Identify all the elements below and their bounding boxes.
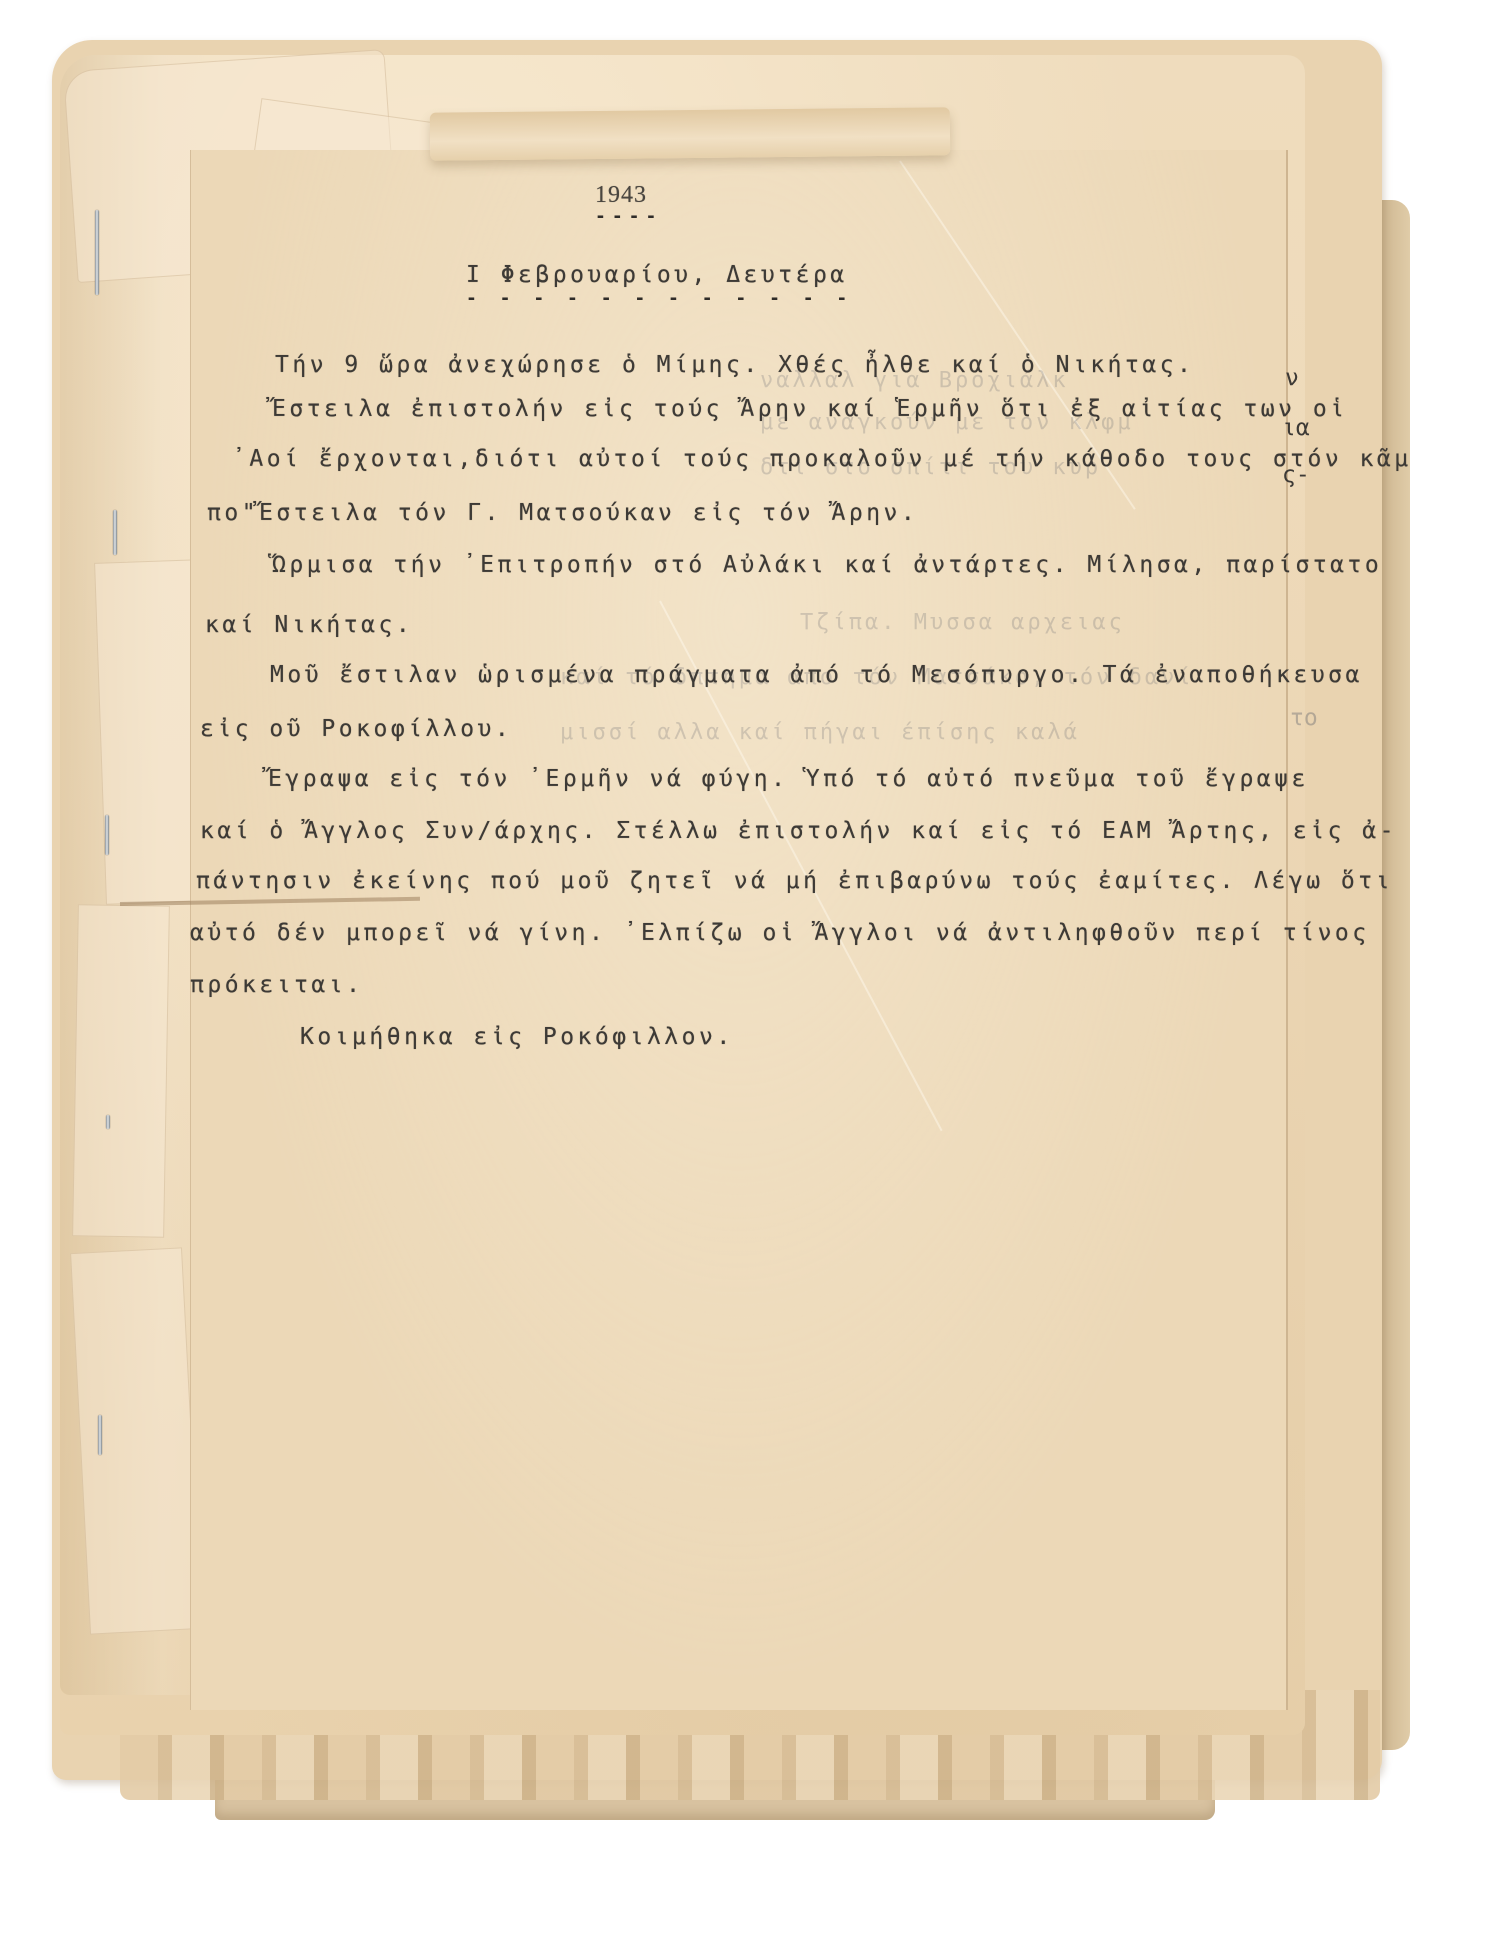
text-line: Μοῦ ἔστιλαν ὡρισμένα πράγματα ἀπό τό Μεσ…: [270, 662, 1363, 688]
text-line: ᾿Αοί ἔρχονται,διότι αὐτοί τούς προκαλοῦν…: [232, 446, 1412, 472]
text-line: καί ὁ Ἄγγλος Συν/άρχης. Στέλλω ἐπιστολήν…: [200, 818, 1397, 844]
text-line: πάντησιν ἐκείνης πού μοῦ ζητεῖ νά μή ἐπι…: [196, 868, 1393, 894]
text-line: Ἔστειλα ἐπιστολήν εἰς τούς Ἄρην καί Ἑρμῆ…: [272, 396, 1348, 422]
text-line: εἰς οῦ Ροκοφίλλου.: [200, 716, 512, 742]
margin-fragment: ια: [1282, 415, 1310, 441]
date-underline: - - - - - - - - - - - -: [466, 288, 853, 309]
text-line: αὐτό δέν μπορεῖ νά γίνη. ᾿Ελπίζω οἱ Ἄγγλ…: [190, 920, 1370, 946]
text-line: καί Νικήτας.: [205, 612, 413, 638]
date-heading: Ι Φεβρουαρίου, Δευτέρα: [466, 262, 848, 288]
staple: [105, 815, 109, 855]
text-line: Κοιμήθηκα εἰς Ροκόφιλλον.: [300, 1024, 734, 1050]
text-line: πο"Ἔστειλα τόν Γ. Ματσούκαν εἰς τόν Ἄρην…: [207, 500, 918, 526]
year-underline: ----: [595, 206, 662, 227]
bleed-through-text: μισσί αλλα καί πήγαι έπίσης καλά: [560, 720, 1080, 745]
text-line: πρόκειται.: [190, 972, 363, 998]
text-line: Τήν 9 ὥρα ἀνεχώρησε ὁ Μίμης. Χθές ἦλθε κ…: [275, 352, 1194, 378]
text-line: Ὥρμισα τήν ᾿Επιτροπήν στό Αὐλάκι καί ἀντ…: [272, 552, 1382, 578]
staple: [106, 1115, 110, 1129]
text-line: Ἔγραψα εἰς τόν ᾿Ερμῆν νά φύγη. Ὑπό τό αὐ…: [268, 766, 1309, 792]
tissue-patch: [70, 1247, 202, 1634]
margin-fragment: ν: [1285, 365, 1299, 391]
bleed-through-text: Τζίπα. Μυσσα αρχειας: [800, 610, 1125, 635]
margin-fragment: το: [1290, 705, 1318, 731]
tissue-patch: [72, 904, 170, 1238]
document-year: 1943: [595, 182, 647, 209]
folded-top-strip: [430, 107, 950, 160]
margin-fragment: ς-: [1282, 462, 1310, 488]
staple: [98, 1415, 102, 1455]
staple: [95, 210, 99, 295]
staple: [113, 510, 117, 555]
